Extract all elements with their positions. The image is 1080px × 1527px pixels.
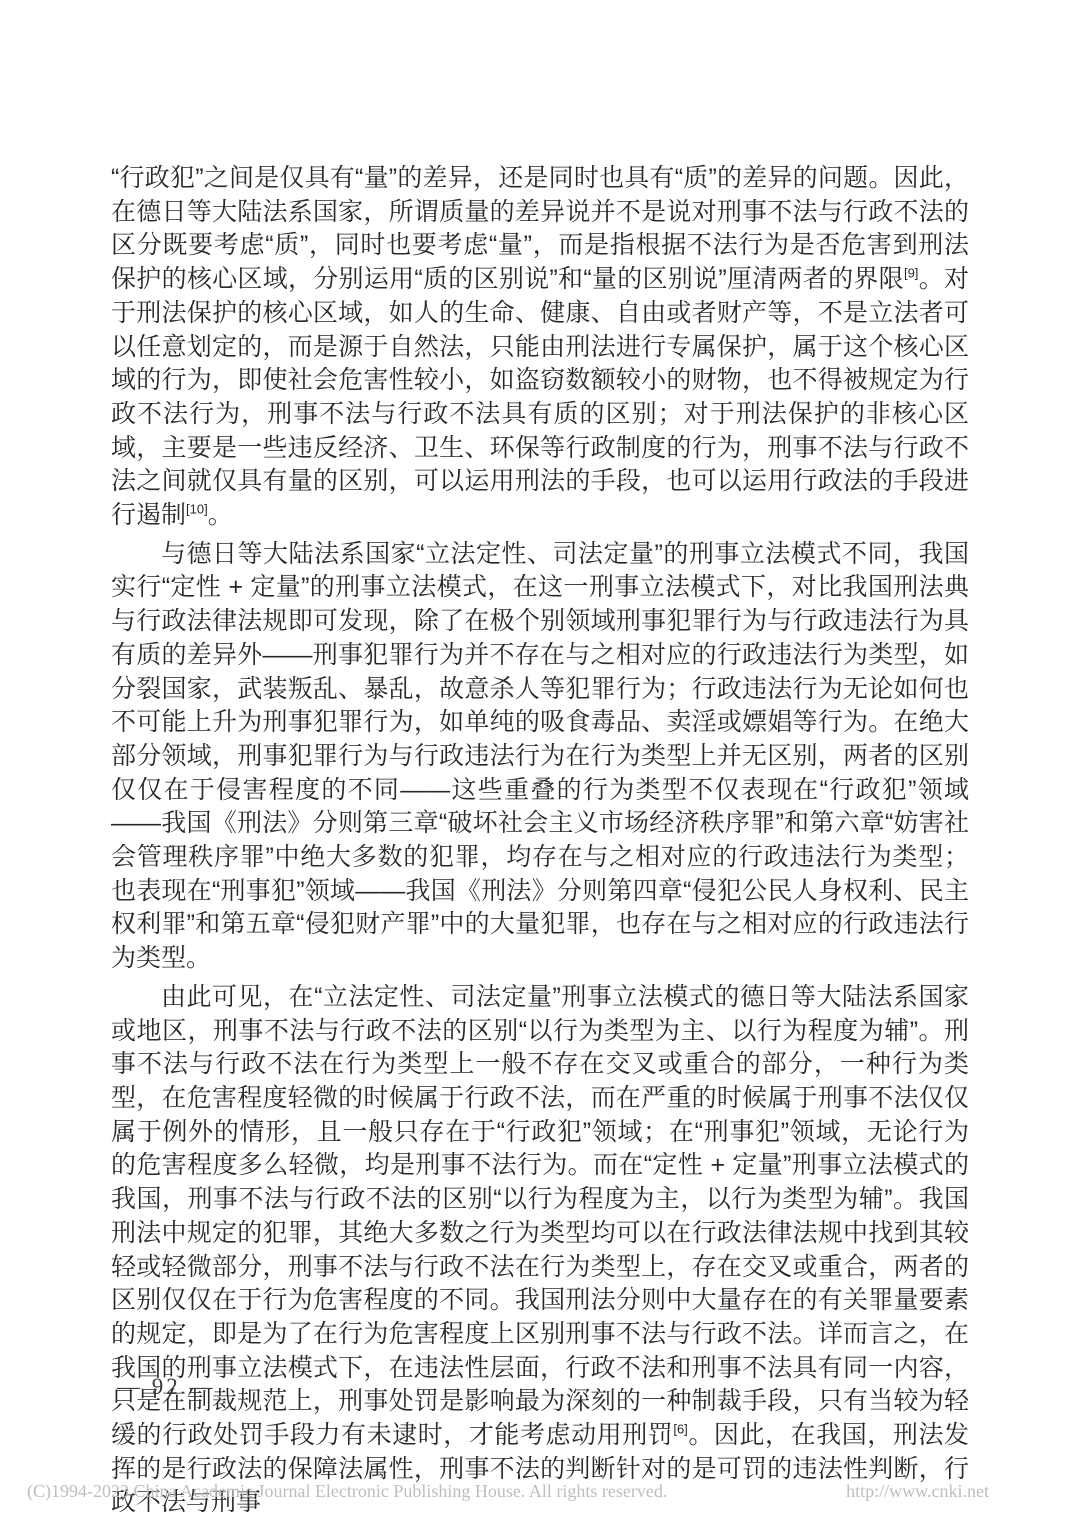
article-body: “行政犯”之间是仅具有“量”的差异，还是同时也具有“质”的差异的问题。因此，在德…: [111, 162, 969, 1520]
paragraph: “行政犯”之间是仅具有“量”的差异，还是同时也具有“质”的差异的问题。因此，在德…: [111, 162, 969, 533]
page-number: — 92 —: [117, 1374, 216, 1400]
copyright-footer: (C)1994-2023 China Academic Journal Elec…: [27, 1481, 989, 1502]
text-run: 。对于刑法保护的核心区域，如人的生命、健康、自由或者财产等，不是立法者可以任意划…: [111, 265, 969, 529]
copyright-url: http://www.cnki.net: [846, 1481, 989, 1502]
text-run: 由此可见，在“立法定性、司法定量”刑事立法模式的德日等大陆法系国家或地区，刑事不…: [111, 983, 969, 1449]
paragraph: 由此可见，在“立法定性、司法定量”刑事立法模式的德日等大陆法系国家或地区，刑事不…: [111, 981, 969, 1520]
text-run: 与德日等大陆法系国家“立法定性、司法定量”的刑事立法模式不同，我国实行“定性 +…: [111, 540, 969, 972]
copyright-text: (C)1994-2023 China Academic Journal Elec…: [27, 1481, 667, 1502]
text-run: “行政犯”之间是仅具有“量”的差异，还是同时也具有“质”的差异的问题。因此，在德…: [111, 164, 969, 293]
citation-marker: [9]: [904, 266, 918, 281]
document-page: “行政犯”之间是仅具有“量”的差异，还是同时也具有“质”的差异的问题。因此，在德…: [0, 0, 1080, 1527]
citation-marker: [6]: [673, 1422, 687, 1437]
paragraph: 与德日等大陆法系国家“立法定性、司法定量”的刑事立法模式不同，我国实行“定性 +…: [111, 538, 969, 976]
citation-marker: [10]: [186, 502, 208, 517]
text-run: 。: [208, 501, 233, 529]
